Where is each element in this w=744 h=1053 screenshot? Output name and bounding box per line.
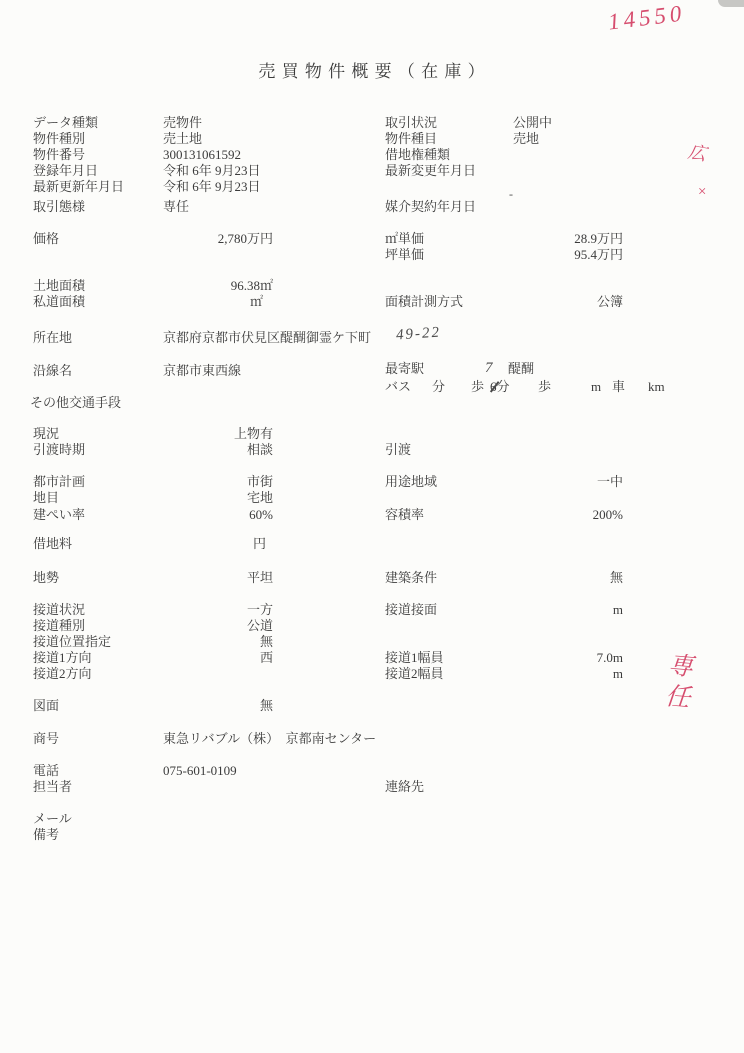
label-terrain: 地勢: [33, 570, 59, 586]
label-land-rent: 借地料: [33, 536, 72, 552]
value-property-number: 300131061592: [163, 147, 241, 163]
label-floor-area-ratio: 容積率: [385, 507, 424, 523]
label-updated-date: 最新更新年月日: [33, 179, 124, 195]
label-land-area: 土地面積: [33, 278, 85, 294]
transport-walk1: 歩: [471, 379, 484, 395]
value-private-road-area: ㎡: [163, 294, 263, 310]
transport-bus-min-unit: 分: [432, 379, 445, 395]
scan-corner-smudge: [718, 0, 744, 7]
label-remarks: 備考: [33, 827, 59, 843]
value-unit-price-tsubo: 95.4万円: [513, 247, 623, 263]
label-land-category: 地目: [33, 490, 59, 506]
label-handover: 引渡: [385, 442, 411, 458]
blank-field-dash: -: [509, 186, 513, 202]
label-location: 所在地: [33, 330, 72, 346]
value-use-district: 一中: [513, 474, 623, 490]
value-road1-direction: 西: [163, 650, 273, 666]
value-city-planning: 市街: [163, 474, 273, 490]
value-nearest-station: 醍醐: [508, 361, 534, 377]
label-unit-price-sqm: ㎡単価: [385, 231, 424, 247]
label-coverage-ratio: 建ぺい率: [33, 507, 85, 523]
scanned-property-summary-sheet: 14550 売 買 物 件 概 要 （ 在 庫 ） データ種類 売物件 取引状況…: [0, 0, 744, 1053]
value-property-kind: 売土地: [163, 131, 202, 147]
value-location: 京都府京都市伏見区醍醐御霊ケ下町: [163, 330, 371, 346]
label-data-type: データ種類: [33, 115, 98, 131]
label-road1-direction: 接道1方向: [33, 650, 92, 666]
transport-bus: バス: [385, 379, 411, 395]
label-drawing: 図面: [33, 698, 59, 714]
value-building-condition: 無: [513, 570, 623, 586]
value-updated-date: 令和 6年 9月23日: [163, 179, 261, 195]
handwritten-margin-note-top: 広: [687, 144, 708, 163]
label-road2-width: 接道2幅員: [385, 666, 444, 682]
label-building-condition: 建築条件: [385, 570, 437, 586]
transport-meter-unit: m: [591, 379, 601, 395]
value-transaction-status: 公開中: [513, 115, 552, 131]
handwritten-lot-number: 49-22: [395, 324, 441, 343]
transport-car: 車: [612, 379, 625, 395]
value-terrain: 平坦: [163, 570, 273, 586]
label-changed-date: 最新変更年月日: [385, 163, 476, 179]
label-nearest-station: 最寄駅: [385, 361, 424, 377]
value-handover-period: 相談: [163, 442, 273, 458]
handwritten-margin-note-x: ×: [697, 184, 707, 200]
label-mail: メール: [33, 811, 72, 827]
label-use-district: 用途地域: [385, 474, 437, 490]
label-price: 価格: [33, 231, 59, 247]
value-land-category: 宅地: [163, 490, 273, 506]
label-transaction-status: 取引状況: [385, 115, 437, 131]
label-road1-width: 接道1幅員: [385, 650, 444, 666]
value-phone: 075-601-0109: [163, 763, 237, 779]
label-registered-date: 登録年月日: [33, 163, 98, 179]
value-road2-width: m: [513, 666, 623, 682]
value-current-status: 上物有: [163, 426, 273, 442]
label-property-number: 物件番号: [33, 147, 85, 163]
value-registered-date: 令和 6年 9月23日: [163, 163, 261, 179]
handwritten-stamp-number: 14550: [607, 5, 686, 30]
value-road1-width: 7.0m: [513, 650, 623, 666]
value-frontage-type: 公道: [163, 618, 273, 634]
label-phone: 電話: [33, 763, 59, 779]
value-frontage-status: 一方: [163, 602, 273, 618]
value-company: 東急リバブル（株） 京都南センター: [163, 731, 376, 747]
label-frontage-length: 接道接面: [385, 602, 437, 618]
value-transaction-mode: 専任: [163, 199, 189, 215]
value-land-area: 96.38㎡: [163, 278, 273, 294]
label-property-category: 物件種目: [385, 131, 437, 147]
label-other-transport: その他交通手段: [30, 395, 121, 411]
transport-walk2: 歩: [538, 379, 551, 395]
value-land-rent: 円: [163, 536, 266, 552]
value-data-type: 売物件: [163, 115, 202, 131]
transport-km-unit: km: [648, 379, 665, 395]
value-property-category: 売地: [513, 131, 539, 147]
label-frontage-type: 接道種別: [33, 618, 85, 634]
label-transaction-mode: 取引態様: [33, 199, 85, 215]
value-drawing: 無: [163, 698, 273, 714]
label-leasehold-type: 借地権種類: [385, 147, 450, 163]
page-title: 売 買 物 件 概 要 （ 在 庫 ）: [0, 57, 744, 82]
label-unit-price-tsubo: 坪単価: [385, 247, 424, 263]
label-handover-period: 引渡時期: [33, 442, 85, 458]
value-rail-line: 京都市東西線: [163, 363, 241, 379]
value-coverage-ratio: 60%: [163, 507, 273, 523]
label-road2-direction: 接道2方向: [33, 666, 92, 682]
label-company: 商号: [33, 731, 59, 747]
label-city-planning: 都市計画: [33, 474, 85, 490]
value-price: 2,780万円: [163, 231, 273, 247]
label-contact: 連絡先: [385, 779, 424, 795]
label-property-kind: 物件種別: [33, 131, 85, 147]
value-area-method: 公簿: [513, 294, 623, 310]
label-area-method: 面積計測方式: [385, 294, 463, 310]
label-frontage-designation: 接道位置指定: [33, 634, 111, 650]
handwritten-walk-minutes: 7: [485, 360, 493, 376]
label-staff: 担当者: [33, 779, 72, 795]
value-unit-price-sqm: 28.9万円: [513, 231, 623, 247]
handwritten-margin-note-bottom: 専任: [665, 651, 686, 714]
label-mediation-date: 媒介契約年月日: [385, 199, 476, 215]
value-floor-area-ratio: 200%: [513, 507, 623, 523]
value-frontage-length: m: [513, 602, 623, 618]
label-private-road-area: 私道面積: [33, 294, 85, 310]
label-current-status: 現況: [33, 426, 59, 442]
label-rail-line: 沿線名: [33, 363, 72, 379]
label-frontage-status: 接道状況: [33, 602, 85, 618]
value-frontage-designation: 無: [163, 634, 273, 650]
